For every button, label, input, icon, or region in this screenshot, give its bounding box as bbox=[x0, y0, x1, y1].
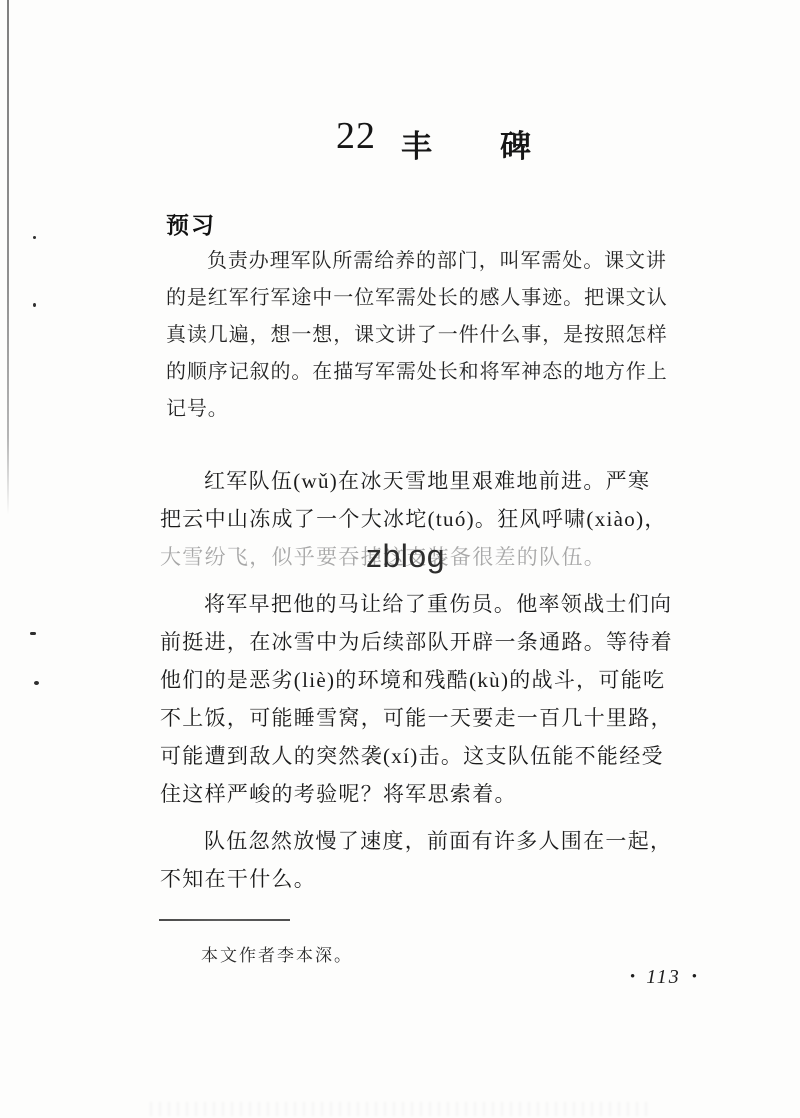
preview-line: 记号。 bbox=[166, 391, 674, 428]
scan-noise-band bbox=[150, 1102, 650, 1116]
paragraph-2: 将军早把他的马让给了重伤员。他率领战士们向 前挺进，在冰雪中为后续部队开辟一条通… bbox=[160, 585, 674, 813]
text-line: 前挺进，在冰雪中为后续部队开辟一条通路。等待着 bbox=[160, 623, 674, 661]
page-number-left-dot: • bbox=[630, 970, 635, 985]
footnote-divider bbox=[159, 919, 290, 921]
scan-speck bbox=[33, 303, 36, 307]
text-line: 他们的是恶劣(liè)的环境和残酷(kù)的战斗，可能吃 bbox=[160, 661, 674, 699]
lesson-number: 22 bbox=[336, 114, 376, 158]
lesson-title: 22 丰 碑 bbox=[0, 0, 800, 180]
text-line: 住这样严峻的考验呢？将军思索着。 bbox=[160, 775, 674, 813]
page-number-value: 113 bbox=[646, 966, 681, 989]
preview-line: 的顺序记叙的。在描写军需处长和将军神态的地方作上 bbox=[166, 354, 674, 391]
text-line: 红军队伍(wǔ)在冰天雪地里艰难地前进。严寒 bbox=[160, 462, 674, 500]
scanned-textbook-page: 22 丰 碑 预习 负责办理军队所需给养的部门，叫军需处。课文讲 的是红军行军途… bbox=[0, 0, 800, 1118]
page-number-right-dot: • bbox=[692, 970, 697, 985]
footnote-author: 本文作者李本深。 bbox=[201, 941, 353, 966]
preview-heading: 预习 bbox=[166, 207, 216, 240]
title-char-1: 丰 bbox=[401, 121, 432, 166]
page-number: • 113 • bbox=[630, 966, 697, 989]
title-char-2: 碑 bbox=[500, 121, 531, 166]
scan-speck bbox=[34, 681, 39, 685]
preview-paragraph: 负责办理军队所需给养的部门，叫军需处。课文讲 的是红军行军途中一位军需处长的感人… bbox=[166, 243, 674, 428]
preview-line: 真读几遍，想一想，课文讲了一件什么事，是按照怎样 bbox=[166, 317, 674, 354]
preview-line: 负责办理军队所需给养的部门，叫军需处。课文讲 bbox=[166, 243, 674, 280]
text-line: 把云中山冻成了一个大冰坨(tuó)。狂风呼啸(xiào)， bbox=[160, 500, 674, 538]
text-line: 不上饭，可能睡雪窝，可能一天要走一百几十里路， bbox=[160, 699, 674, 737]
text-line: 队伍忽然放慢了速度，前面有许多人围在一起， bbox=[160, 822, 674, 860]
preview-line: 的是红军行军途中一位军需处长的感人事迹。把课文认 bbox=[166, 280, 674, 317]
text-line: 将军早把他的马让给了重伤员。他率领战士们向 bbox=[160, 585, 674, 623]
text-line: 不知在干什么。 bbox=[160, 860, 674, 898]
paragraph-3: 队伍忽然放慢了速度，前面有许多人围在一起， 不知在干什么。 bbox=[160, 822, 674, 898]
scan-speck bbox=[33, 236, 36, 239]
text-line: 可能遭到敌人的突然袭(xí)击。这支队伍能不能经受 bbox=[160, 737, 674, 775]
watermark-text: zblog bbox=[366, 538, 445, 575]
scan-speck bbox=[30, 632, 36, 635]
lesson-text: 红军队伍(wǔ)在冰天雪地里艰难地前进。严寒 把云中山冻成了一个大冰坨(tuó)… bbox=[160, 462, 674, 898]
